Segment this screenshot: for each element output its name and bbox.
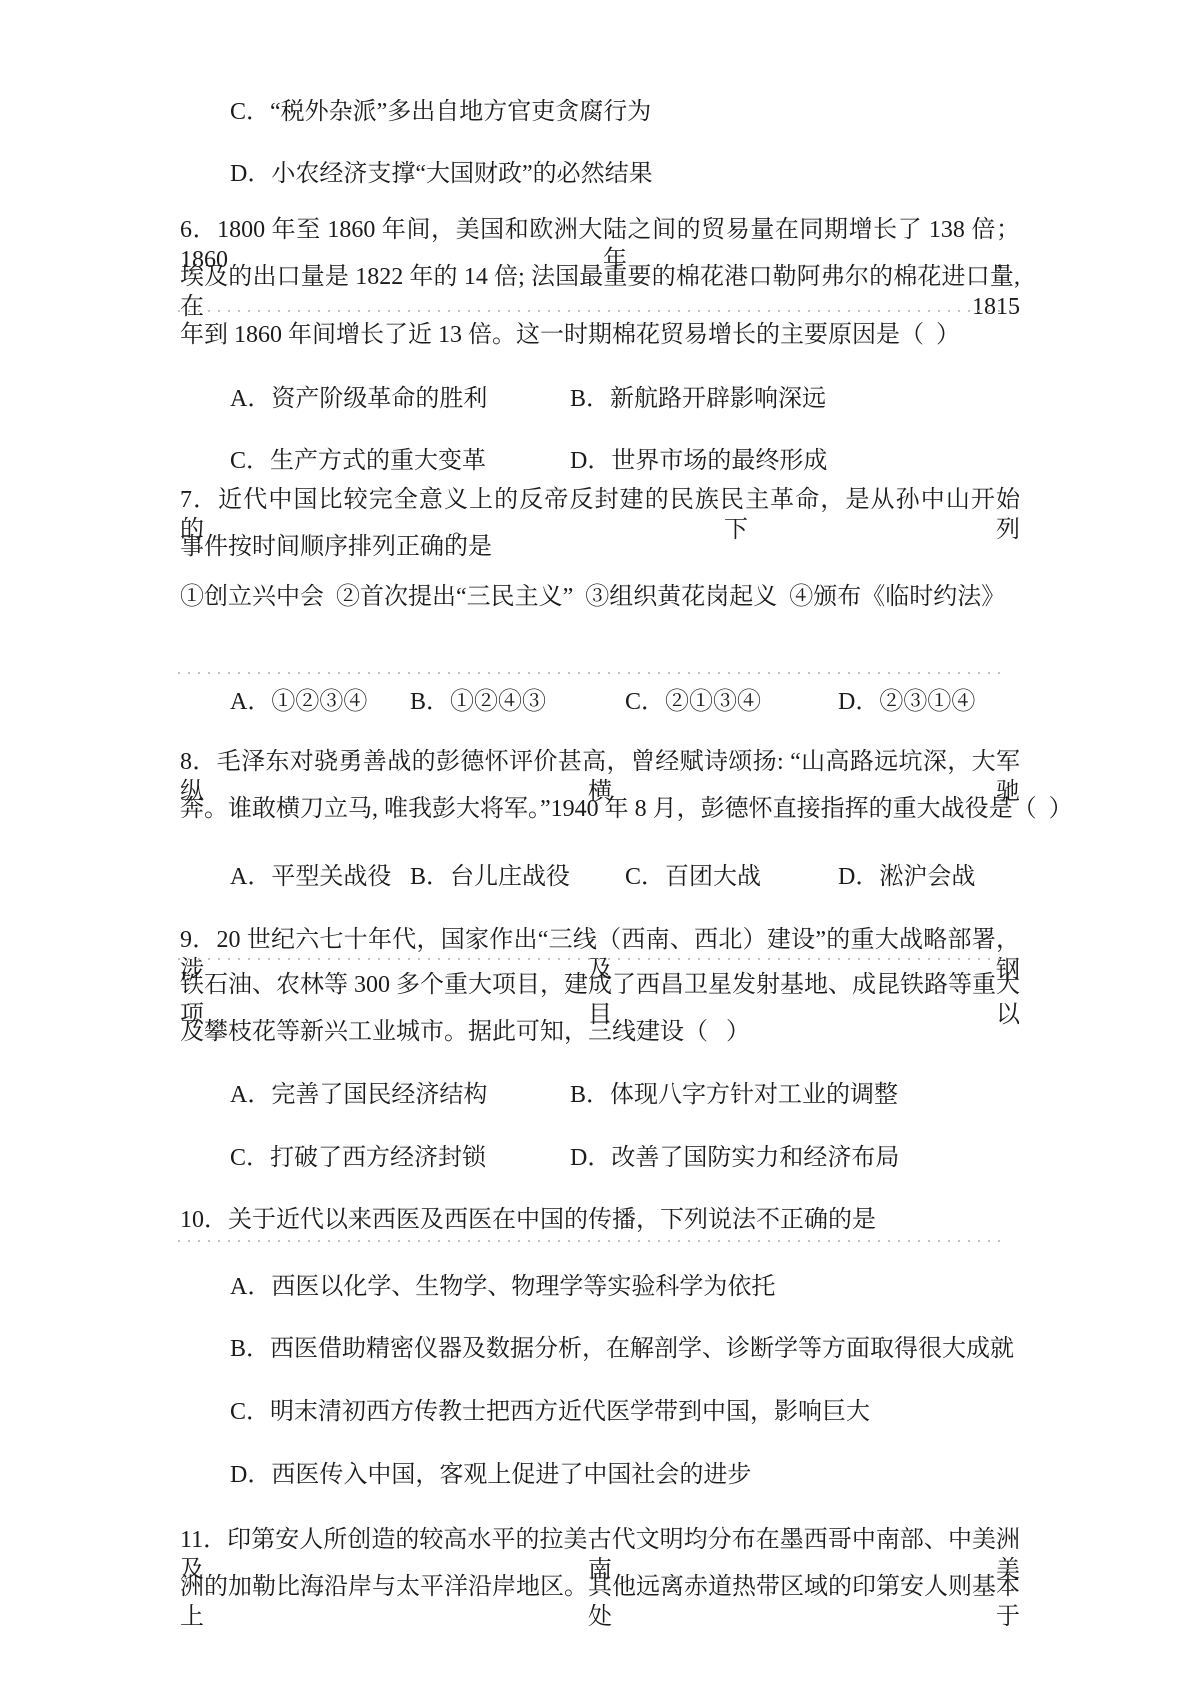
question-7-option-b: B．①②④③ <box>410 687 546 717</box>
question-9-option-c: C．打破了西方经济封锁 <box>230 1143 486 1173</box>
question-9-options-row-1: A．完善了国民经济结构 B．体现八字方针对工业的调整 <box>180 1080 1020 1110</box>
question-9-options-row-2: C．打破了西方经济封锁 D．改善了国防实力和经济布局 <box>180 1143 1020 1173</box>
question-8-option-c: C．百团大战 <box>625 862 761 892</box>
question-7-numbered-items: ①创立兴中会 ②首次提出“三民主义” ③组织黄花岗起义 ④颁布《临时约法》 <box>180 582 1020 612</box>
question-7-option-a: A．①②③④ <box>230 687 367 717</box>
question-6-option-d: D．世界市场的最终形成 <box>570 446 827 476</box>
dotted-separator-1 <box>178 310 1002 312</box>
question-5-option-d: D．小农经济支撑“大国财政”的必然结果 <box>230 159 1020 189</box>
question-6-options-row-2: C．生产方式的重大变革 D．世界市场的最终形成 <box>180 446 1020 476</box>
question-6-line-2: 埃及的出口量是 1822 年的 14 倍; 法国最重要的棉花港口勒阿弗尔的棉花进… <box>180 262 1020 322</box>
question-9-option-b: B．体现八字方针对工业的调整 <box>570 1080 898 1110</box>
question-10-option-d: D．西医传入中国，客观上促进了中国社会的进步 <box>230 1460 1020 1490</box>
question-10-option-a: A．西医以化学、生物学、物理学等实验科学为依托 <box>230 1272 1020 1302</box>
question-8-option-a: A．平型关战役 <box>230 862 391 892</box>
question-7-option-d: D．②③①④ <box>838 687 975 717</box>
question-9-option-d: D．改善了国防实力和经济布局 <box>570 1143 899 1173</box>
question-9-line-3: 及攀枝花等新兴工业城市。据此可知，三线建设（ ） <box>180 1017 1020 1047</box>
question-6-option-c: C．生产方式的重大变革 <box>230 446 486 476</box>
question-8-options-row: A．平型关战役 B．台儿庄战役 C．百团大战 D．淞沪会战 <box>180 862 1020 892</box>
question-7-options-row: A．①②③④ B．①②④③ C．②①③④ D．②③①④ <box>180 687 1020 717</box>
question-10-option-b: B．西医借助精密仪器及数据分析，在解剖学、诊断学等方面取得很大成就 <box>230 1334 1020 1364</box>
question-8-option-b: B．台儿庄战役 <box>410 862 570 892</box>
question-6-option-a: A．资产阶级革命的胜利 <box>230 384 487 414</box>
question-7-line-2: 事件按时间顺序排列正确的是 <box>180 532 1020 562</box>
question-10-stem: 10．关于近代以来西医及西医在中国的传播，下列说法不正确的是 <box>180 1205 1020 1235</box>
dotted-separator-4 <box>178 1240 1002 1242</box>
question-6-line-3: 年到 1860 年间增长了近 13 倍。这一时期棉花贸易增长的主要原因是（ ） <box>180 320 1020 350</box>
question-5-option-c: C．“税外杂派”多出自地方官吏贪腐行为 <box>230 97 1020 127</box>
dotted-separator-3 <box>178 958 1002 960</box>
question-8-line-2: 奔。谁敢横刀立马, 唯我彭大将军。”1940 年 8 月，彭德怀直接指挥的重大战… <box>180 794 1020 824</box>
question-8-option-d: D．淞沪会战 <box>838 862 975 892</box>
question-7-option-c: C．②①③④ <box>625 687 761 717</box>
exam-document-page: C．“税外杂派”多出自地方官吏贪腐行为 D．小农经济支撑“大国财政”的必然结果 … <box>0 0 1200 1698</box>
question-6-options-row-1: A．资产阶级革命的胜利 B．新航路开辟影响深远 <box>180 384 1020 414</box>
question-11-line-2: 洲的加勒比海沿岸与太平洋沿岸地区。其他远离赤道热带区域的印第安人则基本上处于 <box>180 1572 1020 1632</box>
question-10-option-c: C．明末清初西方传教士把西方近代医学带到中国，影响巨大 <box>230 1397 1020 1427</box>
question-6-option-b: B．新航路开辟影响深远 <box>570 384 826 414</box>
question-9-option-a: A．完善了国民经济结构 <box>230 1080 487 1110</box>
dotted-separator-2 <box>178 672 1002 674</box>
